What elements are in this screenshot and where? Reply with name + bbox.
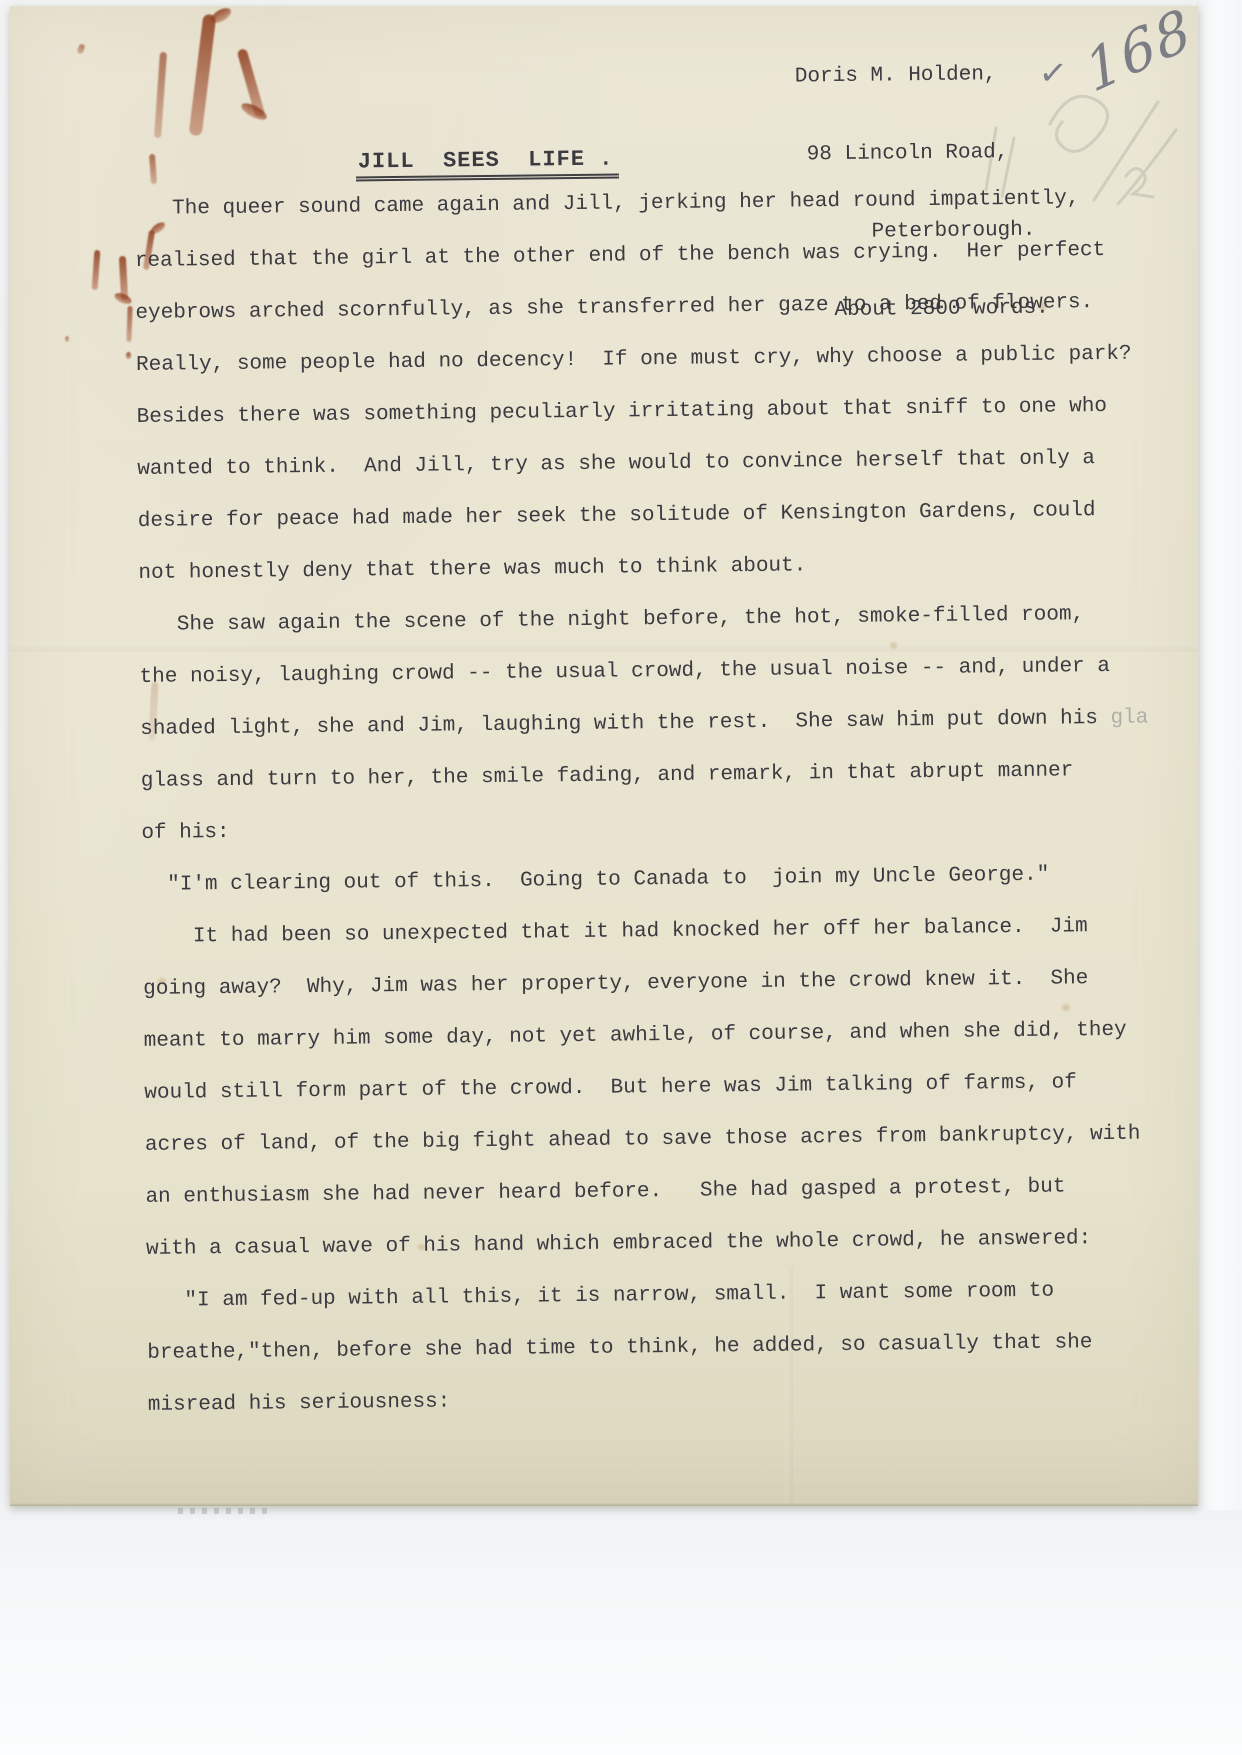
typed-content: Doris M. Holden, 98 Lincoln Road, Peterb… bbox=[4, 0, 1209, 1513]
scanned-document: Doris M. Holden, 98 Lincoln Road, Peterb… bbox=[0, 0, 1242, 1755]
faded-text: gla bbox=[1110, 707, 1148, 730]
manuscript-body: The queer sound came again and Jill, jer… bbox=[134, 173, 1156, 1432]
address-street: 98 Lincoln Road, bbox=[807, 140, 1048, 169]
scan-debris bbox=[178, 1508, 268, 1514]
manuscript-page: Doris M. Holden, 98 Lincoln Road, Peterb… bbox=[10, 6, 1198, 1506]
pencil-checkmark: ✓ bbox=[1037, 52, 1069, 94]
pencil-page-number: 168 bbox=[1078, 0, 1199, 106]
story-title: JILL SEES LIFE . bbox=[356, 146, 619, 174]
author-name: Doris M. Holden, bbox=[795, 62, 1047, 91]
body-line: misread his seriousness: bbox=[148, 1368, 1157, 1431]
